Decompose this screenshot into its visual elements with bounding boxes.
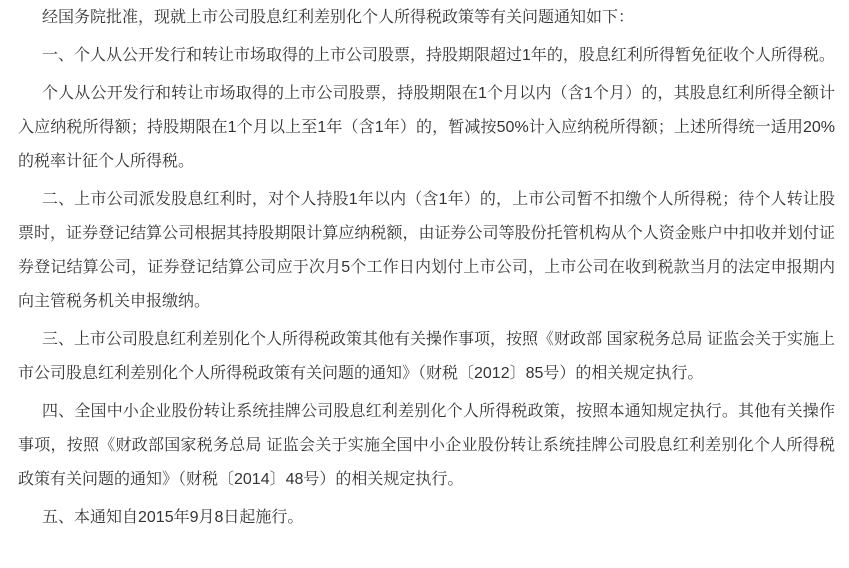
item-4-paragraph: 四、全国中小企业股份转让系统挂牌公司股息红利差别化个人所得税政策，按照本通知规定…	[18, 395, 835, 497]
item-5-paragraph: 五、本通知自2015年9月8日起施行。	[18, 501, 835, 535]
item-1-paragraph: 一、个人从公开发行和转让市场取得的上市公司股票，持股期限超过1年的，股息红利所得…	[18, 39, 835, 73]
item-2-paragraph: 二、上市公司派发股息红利时，对个人持股1年以内（含1年）的，上市公司暂不扣缴个人…	[18, 183, 835, 319]
document-page: 经国务院批准，现就上市公司股息红利差别化个人所得税政策等有关问题通知如下： 一、…	[0, 0, 849, 568]
item-1-continued-paragraph: 个人从公开发行和转让市场取得的上市公司股票，持股期限在1个月以内（含1个月）的，…	[18, 77, 835, 179]
item-3-paragraph: 三、上市公司股息红利差别化个人所得税政策其他有关操作事项，按照《财政部 国家税务…	[18, 323, 835, 391]
intro-paragraph: 经国务院批准，现就上市公司股息红利差别化个人所得税政策等有关问题通知如下：	[18, 1, 835, 35]
